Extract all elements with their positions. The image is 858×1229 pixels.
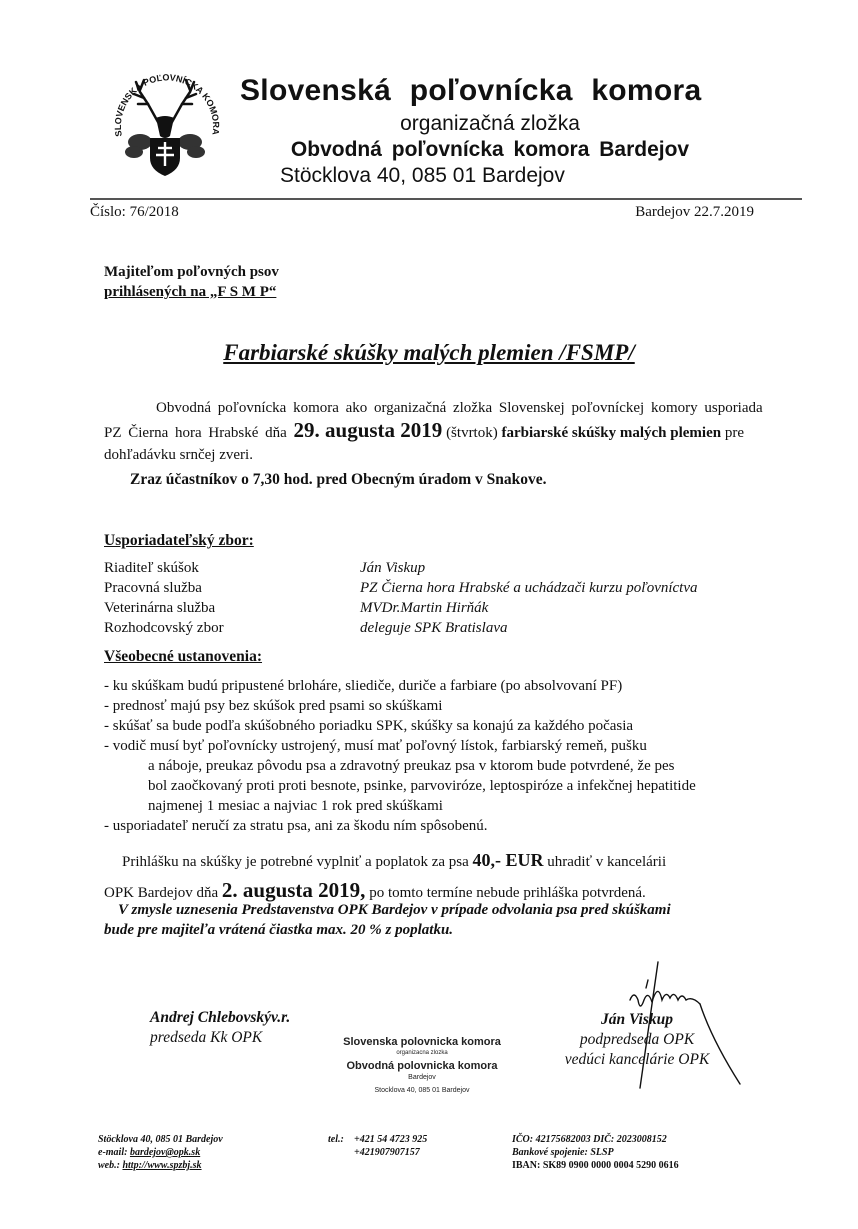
signatory-name: Andrej Chlebovskýv.r. [150,1008,290,1028]
organizer-person: deleguje SPK Bratislava [360,618,507,638]
exam-weekday: (štvrtok) [442,425,501,441]
addressee-line2: prihlásených na „F S M P“ [104,282,279,302]
document-title: Farbiarské skúšky malých plemien /FSMP/ [0,340,858,366]
organizer-row: Rozhodcovský zbor deleguje SPK Bratislav… [104,618,698,638]
footer-contact: Stöcklova 40, 085 01 Bardejov e-mail: ba… [98,1133,223,1172]
registration-line1: Prihlášku na skúšky je potrebné vyplniť … [104,846,784,876]
organizers-heading: Usporiadateľský zbor: [104,532,254,550]
provision-item-continuation: bol zaočkovaný proti proti besnote, psin… [104,776,804,796]
stamp-line: Bardejov [322,1074,522,1081]
general-provisions-list: - ku skúškam budú pripustené brloháre, s… [104,676,804,836]
signatory-role: predseda Kk OPK [150,1028,290,1048]
registration-fee: 40,- EUR [473,850,544,870]
phone-row: tel.:+421 54 4723 925 [328,1133,427,1146]
provision-item: - vodič musí byť poľovnícky ustrojený, m… [104,736,804,756]
addressee-line1: Majiteľom poľovných psov [104,262,279,282]
organizer-person: Ján Viskup [360,558,425,578]
provision-item: - usporiadateľ neručí za stratu psa, ani… [104,816,804,836]
email-link[interactable]: bardejov@opk.sk [130,1147,200,1158]
place-date: Bardejov 22.7.2019 [635,204,754,221]
exam-type: farbiarské skúšky malých plemien [501,425,721,441]
registration-paragraph: Prihlášku na skúšky je potrebné vyplniť … [104,846,784,907]
provision-item: - skúšať sa bude podľa skúšobného poriad… [104,716,804,736]
iban: IBAN: SK89 0900 0000 0004 5290 0616 [512,1159,679,1172]
branch-name: Obvodná poľovnícka komora Bardejov [240,138,740,162]
provision-item: - ku skúškam budú pripustené brloháre, s… [104,676,804,696]
intro-paragraph: Obvodná poľovnícka komora ako organizačn… [104,397,764,466]
email-label: e-mail: [98,1147,130,1158]
footer-web-row: web.: http://www.spzbj.sk [98,1159,223,1172]
organizer-role: Veterinárna služba [104,598,360,618]
organizer-person: PZ Čierna hora Hrabské a uchádzači kurzu… [360,578,698,598]
registration-text: Prihlášku na skúšky je potrebné vyplniť … [122,854,473,870]
stamp-line: Stocklova 40, 085 01 Bardejov [322,1087,522,1094]
registration-text: OPK Bardejov dňa [104,885,222,901]
addressee: Majiteľom poľovných psov prihlásených na… [104,262,279,302]
provision-item-continuation: najmenej 1 mesiac a najviac 1 rok pred s… [104,796,804,816]
official-stamp: Slovenska polovnicka komora organizacna … [322,1036,522,1094]
meeting-info: Zraz účastníkov o 7,30 hod. pred Obecným… [130,471,547,489]
letterhead-address: Stöcklova 40, 085 01 Bardejov [280,164,680,188]
footer-bank: IČO: 42175682003 DIČ: 2023008152 Bankové… [512,1133,679,1172]
web-link[interactable]: http://www.spzbj.sk [122,1160,201,1171]
provision-item-continuation: a náboje, preukaz pôvodu psa a zdravotný… [104,756,804,776]
reference-number: Číslo: 76/2018 [90,204,179,221]
organization-subtitle: organizačná zložka [240,112,740,136]
organization-logo: SLOVENSKÁ POĽOVNÍCKA KOMORA [100,44,230,184]
organizer-role: Riaditeľ skúšok [104,558,360,578]
provision-item: - prednosť majú psy bez skúšok pred psam… [104,696,804,716]
refund-note-line2: bude pre majiteľa vrátená čiastka max. 2… [104,920,784,940]
deer-crest-icon: SLOVENSKÁ POĽOVNÍCKA KOMORA [100,44,230,184]
footer-phone: tel.:+421 54 4723 925 +421907907157 [328,1133,427,1159]
phone-number: +421907907157 [328,1146,427,1159]
organizer-row: Pracovná služba PZ Čierna hora Hrabské a… [104,578,698,598]
phone-number: +421 54 4723 925 [354,1134,427,1145]
web-label: web.: [98,1160,122,1171]
ico-dic: IČO: 42175682003 DIČ: 2023008152 [512,1133,679,1146]
stamp-line: organizacna zlozka [322,1050,522,1056]
organizer-role: Rozhodcovský zbor [104,618,360,638]
registration-deadline: 2. augusta 2019, [222,878,366,902]
organizer-role: Pracovná služba [104,578,360,598]
organization-name: Slovenská poľovnícka komora [240,74,740,108]
organizer-row: Veterinárna služba MVDr.Martin Hirňák [104,598,698,618]
refund-note: V zmysle uznesenia Predstavenstva OPK Ba… [104,900,784,940]
phone-label: tel.: [328,1133,354,1146]
bank-connection: Bankové spojenie: SLSP [512,1146,679,1159]
stamp-line: Obvodná polovnicka komora [322,1060,522,1072]
exam-date: 29. augusta 2019 [294,418,443,442]
organizer-row: Riaditeľ skúšok Ján Viskup [104,558,698,578]
organizers-table: Riaditeľ skúšok Ján Viskup Pracovná služ… [104,558,698,638]
general-provisions-heading: Všeobecné ustanovenia: [104,648,262,666]
footer-email-row: e-mail: bardejov@opk.sk [98,1146,223,1159]
organizer-person: MVDr.Martin Hirňák [360,598,488,618]
footer-address: Stöcklova 40, 085 01 Bardejov [98,1133,223,1146]
registration-text: uhradiť v kancelárii [544,854,667,870]
registration-text: po tomto termíne nebude prihláška potvrd… [365,885,645,901]
letterhead-divider [90,198,802,200]
signature-left: Andrej Chlebovskýv.r. predseda Kk OPK [150,1008,290,1048]
refund-note-line1: V zmysle uznesenia Predstavenstva OPK Ba… [104,900,784,920]
handwritten-signature-icon [600,960,750,1090]
stamp-line: Slovenska polovnicka komora [322,1036,522,1048]
